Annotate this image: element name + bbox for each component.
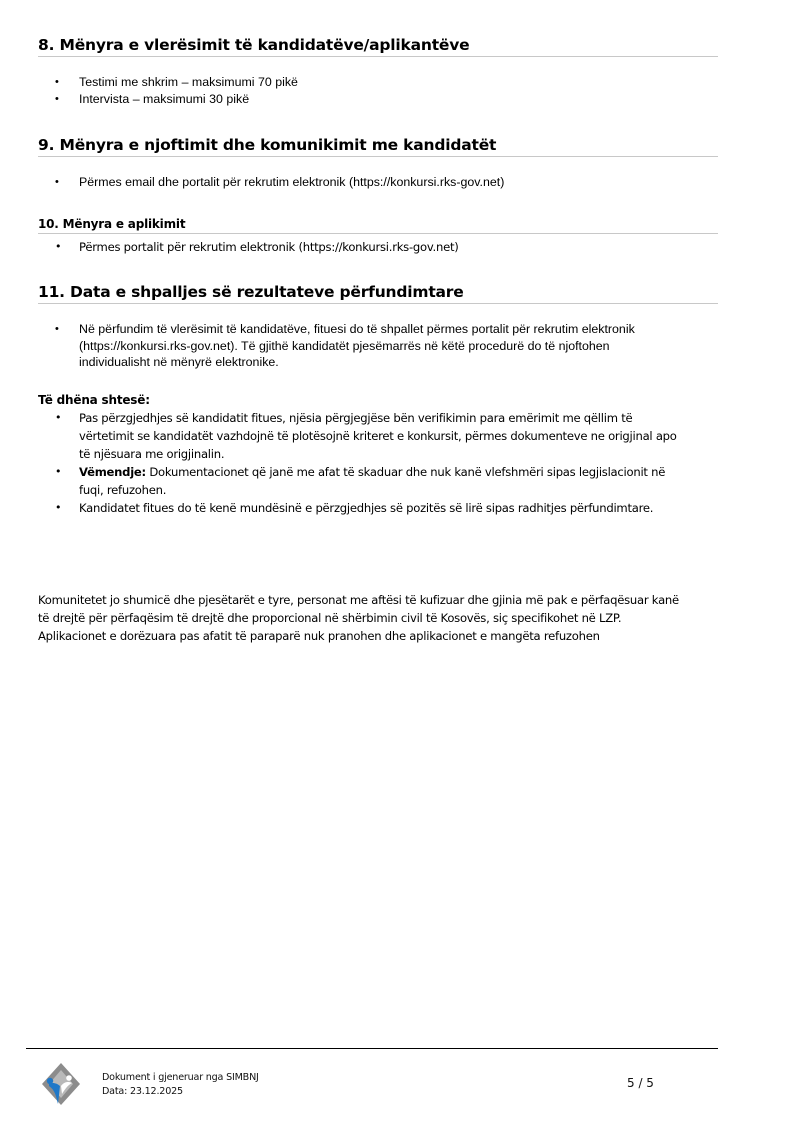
list-item-line: të njësuara me origjinalin. xyxy=(79,445,718,463)
list-item-line: Kandidatet fitues do të kenë mundësinë e… xyxy=(79,499,718,517)
simbnj-logo-icon xyxy=(40,1062,82,1106)
list-item-text: Përmes email dhe portalit për rekrutim e… xyxy=(79,175,504,189)
list-item: • Pas përzgjedhjes së kandidatit fitues,… xyxy=(38,409,718,463)
generated-by-text: Dokument i gjeneruar nga SIMBNJ xyxy=(102,1071,259,1085)
bullet-icon: • xyxy=(55,238,61,256)
section-10-list: •Përmes portalit për rekrutim elektronik… xyxy=(38,238,718,256)
attention-label: Vëmendje: xyxy=(79,465,146,479)
list-item-text: Përmes portalit për rekrutim elektronik … xyxy=(79,240,459,254)
section-11-heading: 11. Data e shpalljes së rezultateve përf… xyxy=(38,283,718,304)
footer-info: Dokument i gjeneruar nga SIMBNJ Data: 23… xyxy=(102,1071,259,1099)
logo-head-blue xyxy=(47,1078,53,1084)
section-11-list: • Në përfundim të vlerësimit të kandidat… xyxy=(38,321,718,371)
additional-info-heading: Të dhëna shtesë: xyxy=(38,393,150,407)
list-item: • Vëmendje: Dokumentacionet që janë me a… xyxy=(38,463,718,499)
bullet-icon: • xyxy=(55,499,61,517)
list-item-line: (https://konkursi.rks-gov.net). Të gjith… xyxy=(79,338,718,355)
paragraph-line: të drejtë për përfaqësim të drejtë dhe p… xyxy=(38,609,728,627)
logo-head-white xyxy=(66,1075,72,1081)
list-item-line: Në përfundim të vlerësimit të kandidatëv… xyxy=(79,321,718,338)
paragraph-line: Komunitetet jo shumicë dhe pjesëtarët e … xyxy=(38,591,728,609)
list-item: •Përmes email dhe portalit për rekrutim … xyxy=(38,174,718,191)
section-9-heading: 9. Mënyra e njoftimit dhe komunikimit me… xyxy=(38,136,718,157)
footer-divider xyxy=(26,1048,718,1049)
bullet-icon: • xyxy=(55,74,59,91)
list-item-text: Intervista – maksimumi 30 pikë xyxy=(79,92,249,106)
bullet-icon: • xyxy=(55,409,61,427)
bullet-icon: • xyxy=(55,174,59,191)
list-item-text: Testimi me shkrim – maksimumi 70 pikë xyxy=(79,75,298,89)
section-10-heading: 10. Mënyra e aplikimit xyxy=(38,217,718,234)
section-8-list: •Testimi me shkrim – maksimumi 70 pikë •… xyxy=(38,74,718,107)
list-item: •Intervista – maksimumi 30 pikë xyxy=(38,91,718,108)
bullet-icon: • xyxy=(55,321,59,338)
list-item-line: fuqi, refuzohen. xyxy=(79,481,718,499)
list-item-line: individualisht në mënyrë elektronike. xyxy=(79,354,718,371)
list-item: •Përmes portalit për rekrutim elektronik… xyxy=(38,238,718,256)
bullet-icon: • xyxy=(55,463,61,481)
bullet-icon: • xyxy=(55,91,59,108)
list-item: • Kandidatet fitues do të kenë mundësinë… xyxy=(38,499,718,517)
generated-date: Data: 23.12.2025 xyxy=(102,1085,259,1099)
list-item-line: vërtetimit se kandidatët vazhdojnë të pl… xyxy=(79,427,718,445)
list-item: •Testimi me shkrim – maksimumi 70 pikë xyxy=(38,74,718,91)
additional-info-list: • Pas përzgjedhjes së kandidatit fitues,… xyxy=(38,409,718,517)
list-item-line: Dokumentacionet që janë me afat të skadu… xyxy=(146,465,665,479)
closing-paragraph: Komunitetet jo shumicë dhe pjesëtarët e … xyxy=(38,591,728,645)
list-item: • Në përfundim të vlerësimit të kandidat… xyxy=(38,321,718,371)
page-number: 5 / 5 xyxy=(627,1076,654,1090)
paragraph-line: Aplikacionet e dorëzuara pas afatit të p… xyxy=(38,627,728,645)
section-8-heading: 8. Mënyra e vlerësimit të kandidatëve/ap… xyxy=(38,36,718,57)
section-9-list: •Përmes email dhe portalit për rekrutim … xyxy=(38,174,718,191)
list-item-line: Pas përzgjedhjes së kandidatit fitues, n… xyxy=(79,409,718,427)
